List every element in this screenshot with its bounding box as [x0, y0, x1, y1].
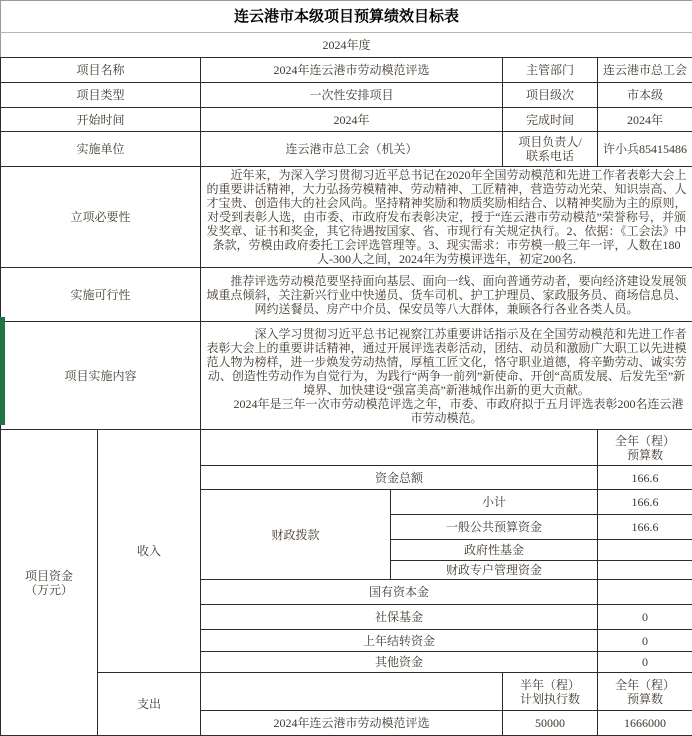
special-account-value: [598, 561, 692, 580]
selection-accent-bar: [0, 317, 5, 425]
income-header-empty-cell: [201, 430, 598, 466]
income-label: 收入: [98, 430, 201, 673]
expense-item-name: 2024年连云港市劳动模范评选: [201, 711, 503, 736]
page-title: 连云港市本级项目预算绩效目标表: [1, 1, 692, 33]
gov-fund-value: [598, 540, 692, 561]
state-capital-value: [598, 580, 692, 605]
special-account-label: 财政专户管理资金: [391, 561, 598, 580]
impl-unit-value: 连云港市总工会（机关）: [201, 132, 503, 167]
impl-unit-label: 实施单位: [1, 132, 201, 167]
general-budget-value: 166.6: [598, 515, 692, 540]
necessity-text: 近年来，为深入学习贯彻习近平总书记在2020年全国劳动模范和先进工作者表彰大会上…: [201, 167, 692, 268]
leader-phone-value: 许小兵85415486: [598, 132, 692, 167]
start-time-label: 开始时间: [1, 108, 201, 132]
content-label: 项目实施内容: [1, 322, 201, 430]
project-level-label: 项目级次: [503, 83, 598, 108]
feasibility-label: 实施可行性: [1, 268, 201, 322]
expense-annual-value: 1666000: [598, 711, 692, 736]
feasibility-text: 推荐评选劳动模范要坚持面向基层、面向一线、面向普通劳动者，要向经济建设发展领域重…: [201, 268, 692, 322]
necessity-label: 立项必要性: [1, 167, 201, 268]
social-fund-label: 社保基金: [201, 605, 598, 630]
project-name-value: 2024年连云港市劳动模范评选: [201, 58, 503, 83]
subtotal-label: 小计: [391, 490, 598, 515]
content-text: 深入学习贯彻习近平总书记视察江苏重要讲话指示及在全国劳动模范和先进工作者表彰大会…: [201, 322, 692, 430]
expense-label: 支出: [98, 673, 201, 736]
carryover-label: 上年结转资金: [201, 630, 598, 652]
other-fund-value: 0: [598, 652, 692, 673]
social-fund-value: 0: [598, 605, 692, 630]
fund-total-value: 166.6: [598, 466, 692, 490]
dept-label: 主管部门: [503, 58, 598, 83]
budget-table: 连云港市本级项目预算绩效目标表 2024年度 项目名称 2024年连云港市劳动模…: [0, 0, 692, 736]
gov-fund-label: 政府性基金: [391, 540, 598, 561]
half-year-exec-header: 半年（程） 计划执行数: [503, 673, 598, 711]
other-fund-label: 其他资金: [201, 652, 598, 673]
state-capital-label: 国有资本金: [201, 580, 598, 605]
subtotal-value: 166.6: [598, 490, 692, 515]
carryover-value: 0: [598, 630, 692, 652]
finish-time-label: 完成时间: [503, 108, 598, 132]
finish-time-value: 2024年: [598, 108, 692, 132]
annual-budget-header: 全年（程） 预算数: [598, 430, 692, 466]
project-type-label: 项目类型: [1, 83, 201, 108]
fiscal-year: 2024年度: [1, 33, 692, 58]
leader-phone-label: 项目负责人/ 联系电话: [503, 132, 598, 167]
funds-label: 项目资金 （万元）: [1, 430, 98, 736]
project-level-value: 市本级: [598, 83, 692, 108]
dept-value: 连云港市总工会: [598, 58, 692, 83]
project-name-label: 项目名称: [1, 58, 201, 83]
budget-sheet: 连云港市本级项目预算绩效目标表 2024年度 项目名称 2024年连云港市劳动模…: [0, 0, 692, 736]
annual-budget-header-expense: 全年（程） 预算数: [598, 673, 692, 711]
project-type-value: 一次性安排项目: [201, 83, 503, 108]
general-budget-label: 一般公共预算资金: [391, 515, 598, 540]
expense-header-empty-cell: [201, 673, 503, 711]
expense-half-value: 50000: [503, 711, 598, 736]
start-time-value: 2024年: [201, 108, 503, 132]
fiscal-allocation-label: 财政拨款: [201, 490, 391, 580]
fund-total-label: 资金总额: [201, 466, 598, 490]
